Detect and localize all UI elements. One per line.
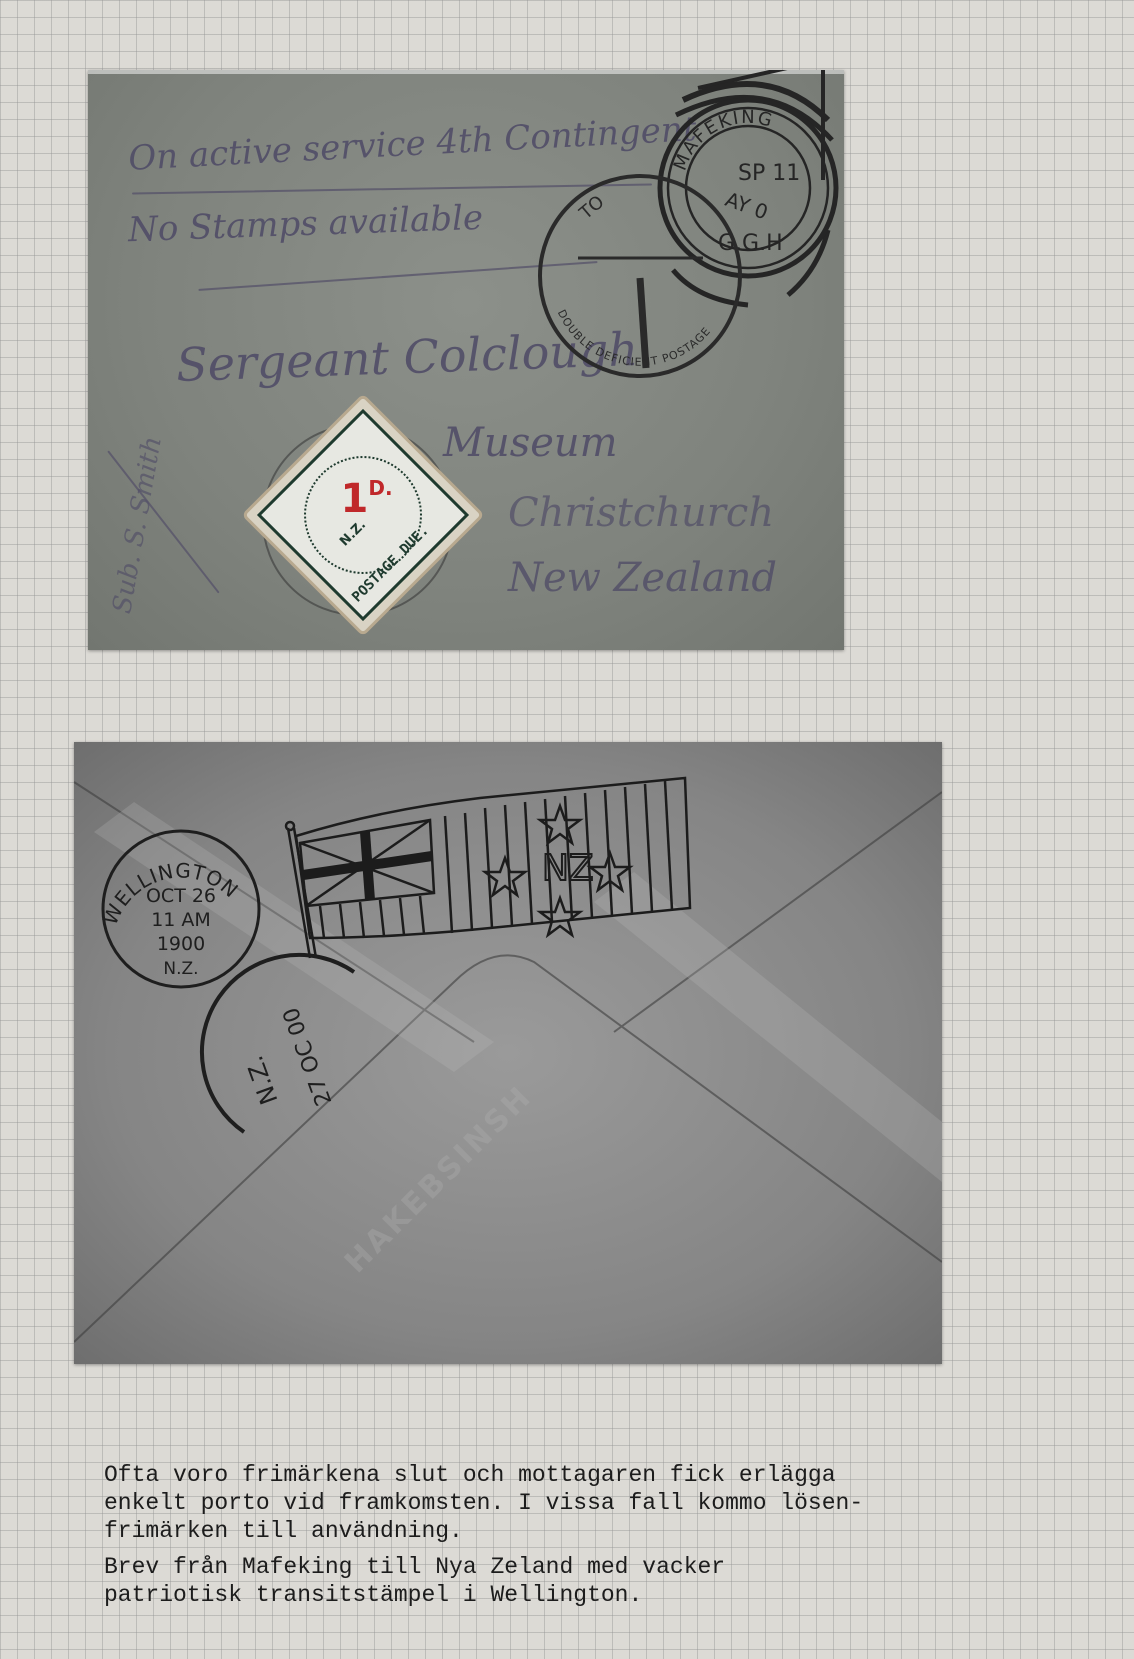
postage-due-handstamp: TO DOUBLE DEFICIENT POSTAGE — [528, 158, 758, 388]
address-line-3: Christchurch — [508, 490, 774, 536]
stamp-unit: D. — [368, 476, 392, 500]
arrival-date: 27 OC 00 — [279, 1004, 338, 1109]
address-line-4: New Zealand — [508, 555, 777, 601]
back-cover-envelope: WELLINGTON OCT 26 11 AM 1900 N.Z. — [74, 742, 942, 1364]
wellington-country: N.Z. — [163, 959, 198, 979]
wellington-date: OCT 26 — [146, 885, 216, 907]
arrival-postmark: 27 OC 00 N.Z. — [204, 932, 444, 1172]
caption-paragraph-1: Ofta voro frimärkena slut och mottagaren… — [104, 1461, 863, 1545]
handstamp-bottom-text: DOUBLE DEFICIENT POSTAGE — [555, 308, 714, 369]
nz-flag-cachet: NZ — [280, 758, 700, 958]
address-line-2: Museum — [443, 420, 618, 466]
caption-paragraph-2: Brev från Mafeking till Nya Zeland med v… — [104, 1553, 725, 1609]
wellington-time: 11 AM — [151, 909, 211, 931]
manuscript-endorsement-line2: No Stamps available — [127, 198, 483, 250]
svg-text:DOUBLE DEFICIENT POSTAGE: DOUBLE DEFICIENT POSTAGE — [555, 308, 714, 369]
flag-letters: NZ — [542, 848, 594, 889]
wellington-year: 1900 — [157, 933, 205, 955]
stamp-value: 1 — [341, 476, 369, 522]
arrival-country: N.Z. — [240, 1052, 283, 1108]
front-cover-envelope: On active service 4th Contingent No Stam… — [88, 70, 844, 650]
